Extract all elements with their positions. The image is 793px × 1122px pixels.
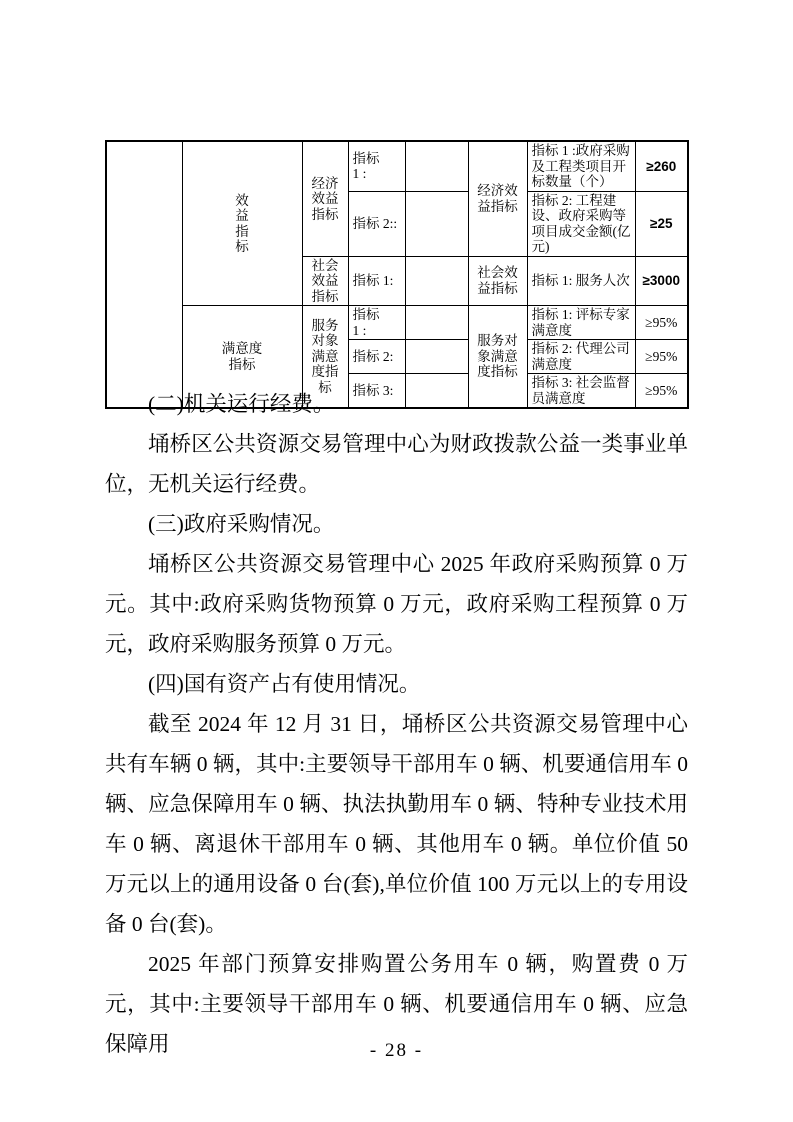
empty-target-cell-2 — [405, 191, 468, 256]
indicator-desc-cell-5: 指标 2: 代理公司满意度 — [527, 340, 635, 374]
social-benefit-subgroup-cell-right: 社会效 益指标 — [468, 256, 527, 306]
benefit-group-cell: 效 益 指 标 — [182, 141, 302, 306]
indicator-value-cell-4: ≥95% — [635, 306, 688, 340]
indicator-desc-cell-4: 指标 1: 评标专家满意度 — [527, 306, 635, 340]
social-benefit-subgroup-cell: 社会 效益 指标 — [302, 256, 348, 306]
indicator-value-cell-2: ≥25 — [635, 191, 688, 256]
indicator-short-cell-1: 指标 1 : — [348, 141, 405, 191]
empty-target-cell-1 — [405, 141, 468, 191]
paragraph-section-3-heading: (三)政府采购情况。 — [105, 504, 688, 544]
paragraph-section-4-body-1: 截至 2024 年 12 月 31 日，埇桥区公共资源交易管理中心共有车辆 0 … — [105, 704, 688, 944]
indicator-short-cell-2: 指标 2:: — [348, 191, 405, 256]
paragraph-section-3-body: 埇桥区公共资源交易管理中心 2025 年政府采购预算 0 万元。其中:政府采购货… — [105, 544, 688, 664]
paragraph-section-2-body: 埇桥区公共资源交易管理中心为财政拨款公益一类事业单位，无机关运行经费。 — [105, 424, 688, 504]
indicator-value-cell-5: ≥95% — [635, 340, 688, 374]
empty-target-cell-3 — [405, 256, 468, 306]
table-cell-empty-left — [106, 141, 182, 408]
indicator-desc-cell-2: 指标 2: 工程建设、政府采购等项目成交金额(亿元) — [527, 191, 635, 256]
indicator-value-cell-3: ≥3000 — [635, 256, 688, 306]
indicator-short-cell-5: 指标 2: — [348, 340, 405, 374]
indicator-desc-cell-1: 指标 1 :政府采购及工程类项目开标数量（个） — [527, 141, 635, 191]
empty-target-cell-4 — [405, 306, 468, 340]
indicator-short-cell-4: 指标 1 : — [348, 306, 405, 340]
page-number: - 28 - — [0, 1040, 793, 1062]
document-page: 效 益 指 标 经济 效益 指标 指标 1 : 经济效 益指标 指标 1 :政府… — [0, 0, 793, 1122]
paragraph-section-2-heading: (二)机关运行经费。 — [105, 384, 688, 424]
indicator-value-cell-1: ≥260 — [635, 141, 688, 191]
document-body: (二)机关运行经费。 埇桥区公共资源交易管理中心为财政拨款公益一类事业单位，无机… — [105, 384, 688, 1064]
performance-indicators-table: 效 益 指 标 经济 效益 指标 指标 1 : 经济效 益指标 指标 1 :政府… — [105, 140, 689, 409]
indicator-desc-cell-3: 指标 1: 服务人次 — [527, 256, 635, 306]
econ-benefit-subgroup-cell: 经济 效益 指标 — [302, 141, 348, 256]
econ-benefit-subgroup-cell-right: 经济效 益指标 — [468, 141, 527, 256]
empty-target-cell-5 — [405, 340, 468, 374]
indicator-short-cell-3: 指标 1: — [348, 256, 405, 306]
paragraph-section-4-heading: (四)国有资产占有使用情况。 — [105, 664, 688, 704]
